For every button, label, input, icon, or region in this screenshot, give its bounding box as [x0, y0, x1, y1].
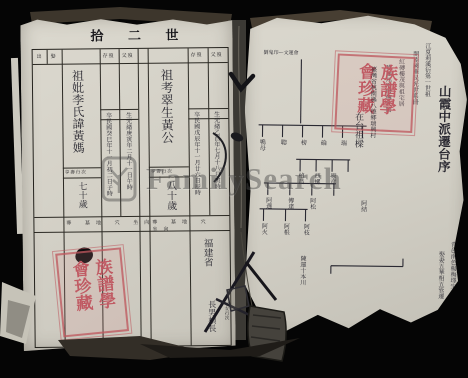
spine-debris — [0, 0, 468, 378]
scanned-genealogy-photo: { "watermark": { "text": "FamilySearch" … — [0, 0, 468, 378]
